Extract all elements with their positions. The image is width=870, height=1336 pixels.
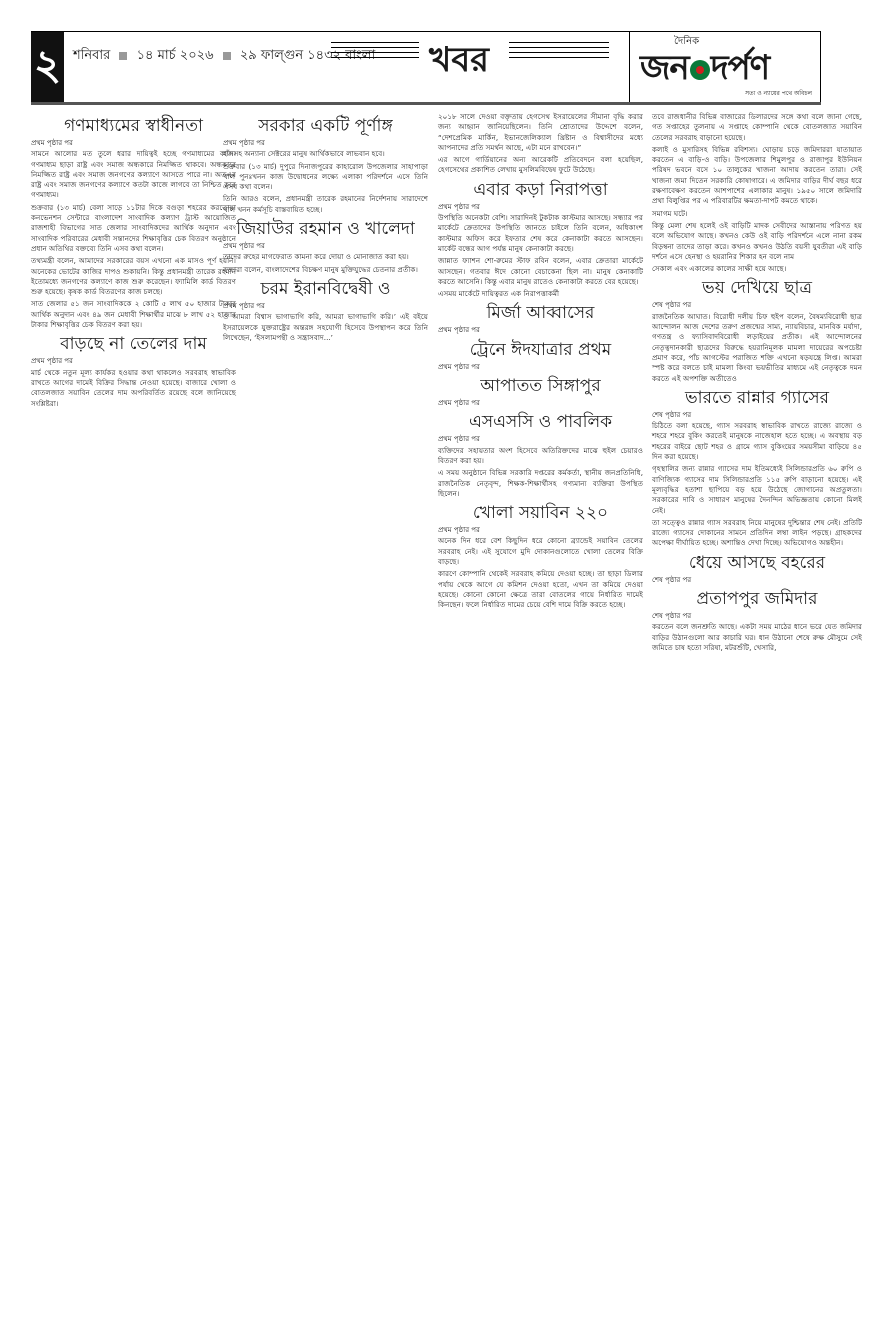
paragraph: এ সময় অনুষ্ঠানে বিভিন্ন সরকারি দপ্তরের … <box>438 468 643 499</box>
paragraph: মার্চ থেকে নতুন মূল্য কার্যকর হওয়ার কথা… <box>31 368 236 409</box>
headline: এবার কড়া নিরাপত্তা <box>438 180 643 200</box>
paragraph: সেকাল এবং একালের কালের সাক্ষী হয়ে আছে। <box>652 264 862 274</box>
paragraph: ব্যক্তিদের সহায়তার অংশ হিসেবে অতিরিক্তদ… <box>438 446 643 467</box>
continued-label: প্রথম পৃষ্ঠার পর <box>31 356 236 366</box>
column-2: সরকার একটি পূর্ণাঙ্গ প্রথম পৃষ্ঠার পর হা… <box>223 112 428 345</box>
paragraph: তা সত্ত্বেও রান্নার গ্যাস সরবরাহ নিয়ে ম… <box>652 518 862 549</box>
paragraph: এর আগে গার্ডিয়ানের অন্য আরেকটি প্রতিবেদ… <box>438 155 643 176</box>
section-title: খবর <box>429 32 489 88</box>
headline: প্রতাপপুর জমিদার <box>652 589 862 609</box>
continued-label: শেষ পৃষ্ঠার পর <box>652 410 862 420</box>
brand-logo-box: দৈনিক জনদর্পণ সত্য ও ন্যায়ের পথে অবিচল <box>629 32 821 102</box>
column-3: ২০১৮ সালে দেওয়া বক্তৃতায় হেগসেথ ইসরায়… <box>438 112 643 613</box>
paragraph: হাঁসসহ অন্যান্য সেক্টরের মানুষ আর্থিকভাব… <box>223 149 428 159</box>
paragraph: রাজনৈতিক আঘাত। বিরোধী দলীয় চিফ হুইপ বলে… <box>652 312 862 384</box>
decorative-rules-left <box>331 42 419 60</box>
paragraph: জান্নাত ফ্যাশন শো-রুমের স্টাফ রবিন বলেন,… <box>438 256 643 287</box>
headline: এসএসসি ও পাবলিক <box>438 412 643 432</box>
column-1: গণমাধ্যমের স্বাধীনতা প্রথম পৃষ্ঠার পর সা… <box>31 112 236 411</box>
continued-label: প্রথম পৃষ্ঠার পর <box>438 398 643 408</box>
brand-name-part-b: দর্পণ <box>711 48 770 88</box>
headline: মির্জা আব্বাসের <box>438 303 643 323</box>
headline: জিয়াউর রহমান ও খালেদা <box>223 219 428 239</box>
column-4: তবে রাজধানীর বিভিন্ন বাজারের ডিলারদের সঙ… <box>652 112 862 655</box>
date-gregorian: ১৪ মার্চ ২০২৬ <box>137 48 214 63</box>
headline: ট্রেনে ঈদযাত্রার প্রথম <box>438 340 643 360</box>
paragraph: কারণে কোম্পানি থেকেই সরবরাহ কমিয়ে দেওয়… <box>438 569 643 610</box>
headline: ভয় দেখিয়ে ছাত্র <box>652 278 862 298</box>
bangladesh-map-logo-icon <box>690 60 710 80</box>
paragraph: করতেন বলে জনশ্রুতি আছে। একটা সময় মাঠের … <box>652 622 862 653</box>
continued-label: প্রথম পৃষ্ঠার পর <box>223 301 428 311</box>
continued-label: শেষ পৃষ্ঠার পর <box>652 300 862 310</box>
continued-label: প্রথম পৃষ্ঠার পর <box>223 241 428 251</box>
brand-tagline: সত্য ও ন্যায়ের পথে অবিচল <box>745 88 812 99</box>
paragraph: তাদের রুহের মাগফেরাত কামনা করে দোয়া ও ম… <box>223 252 428 262</box>
continued-label: শেষ পৃষ্ঠার পর <box>652 575 862 585</box>
paragraph: সামনে আলোর মত তুলে ধরার দায়িত্বই হচ্ছে … <box>31 149 236 200</box>
paragraph: অনেক দিন ধরে বেশ কিছুদিন ধরে কোনো ব্র্যা… <box>438 536 643 567</box>
continued-label: প্রথম পৃষ্ঠার পর <box>438 525 643 535</box>
masthead: ২ শনিবার ১৪ মার্চ ২০২৬ ২৯ ফাল্গুন ১৪৩২ ব… <box>31 31 821 105</box>
paragraph: এসময় মার্কেটে দায়িত্বরত এক নিরাপত্তাকর… <box>438 289 643 299</box>
paragraph: কিন্তু মেলা শেষ হলেই ওই বাড়িটি মাদক সেব… <box>652 221 862 262</box>
page-number: ২ <box>31 32 64 102</box>
continued-label: প্রথম পৃষ্ঠার পর <box>438 325 643 335</box>
paragraph: সমাগম ঘটে। <box>652 209 862 219</box>
continued-label: প্রথম পৃষ্ঠার পর <box>438 202 643 212</box>
headline: আপাতত সিঙ্গাপুর <box>438 376 643 396</box>
headline: ভারতে রান্নার গ্যাসের <box>652 388 862 408</box>
paragraph: তথ্যমন্ত্রী বলেন, আমাদের সরকারের বয়স এখ… <box>31 256 236 297</box>
headline: সরকার একটি পূর্ণাঙ্গ <box>223 116 428 136</box>
paragraph: তিনি আরও বলেন, প্রধানমন্ত্রী তারেক রহমান… <box>223 194 428 215</box>
paragraph: ২০১৮ সালে দেওয়া বক্তৃতায় হেগসেথ ইসরায়… <box>438 112 643 153</box>
dateline: শনিবার ১৪ মার্চ ২০২৬ ২৯ ফাল্গুন ১৪৩২ বাং… <box>73 46 375 67</box>
paragraph: চিঠিতে বলা হয়েছে, গ্যাস সরবরাহ স্বাভাবি… <box>652 421 862 462</box>
paragraph: শুক্রবার (১৩ মার্চ) দুপুরে দিনাজপুরের কা… <box>223 162 428 193</box>
separator-square-icon <box>223 52 231 60</box>
headline: খোলা সয়াবিন ২২০ <box>438 503 643 523</box>
headline: বাড়ছে না তেলের দাম <box>31 334 236 354</box>
continued-label: প্রথম পৃষ্ঠার পর <box>438 434 643 444</box>
paragraph: শুক্রবার (১৩ মার্চ) বেলা সাড়ে ১১টার দিক… <box>31 203 236 254</box>
paragraph: উপস্থিতি অনেকটা বেশি। সারাদিনই টুকটাক কা… <box>438 213 643 254</box>
separator-square-icon <box>119 52 127 60</box>
paragraph: তবে রাজধানীর বিভিন্ন বাজারের ডিলারদের সঙ… <box>652 112 862 143</box>
headline: ধেয়ে আসছে বহরের <box>652 553 862 573</box>
headline: গণমাধ্যমের স্বাধীনতা <box>31 116 236 136</box>
continued-label: প্রথম পৃষ্ঠার পর <box>223 138 428 148</box>
continued-label: প্রথম পৃষ্ঠার পর <box>438 362 643 372</box>
day: শনিবার <box>73 48 110 63</box>
continued-label: শেষ পৃষ্ঠার পর <box>652 611 862 621</box>
paragraph: কলাই ও মুসারিসহ বিভিন্ন রবিশস্য। ঘোড়ায়… <box>652 145 862 207</box>
brand-name-part-a: জন <box>640 48 689 88</box>
paragraph: ও আমরা বিশ্বাস ভাগাভাগি করি, আমরা ভাগাভা… <box>223 312 428 343</box>
paragraph: সাত জেলার ৫১ জন সাংবাদিককে ২ কোটি ৫ লাখ … <box>31 299 236 330</box>
continued-label: প্রথম পৃষ্ঠার পর <box>31 138 236 148</box>
headline: চরম ইরানবিদ্বেষী ও <box>223 279 428 299</box>
paragraph: বক্তারা বলেন, বাংলাদেশের বিচক্ষণ মানুষ ম… <box>223 265 428 275</box>
paragraph: গৃহস্থালির জন্য রান্নার গ্যাসের দাম ইতিম… <box>652 464 862 515</box>
decorative-rules-right <box>509 42 609 60</box>
